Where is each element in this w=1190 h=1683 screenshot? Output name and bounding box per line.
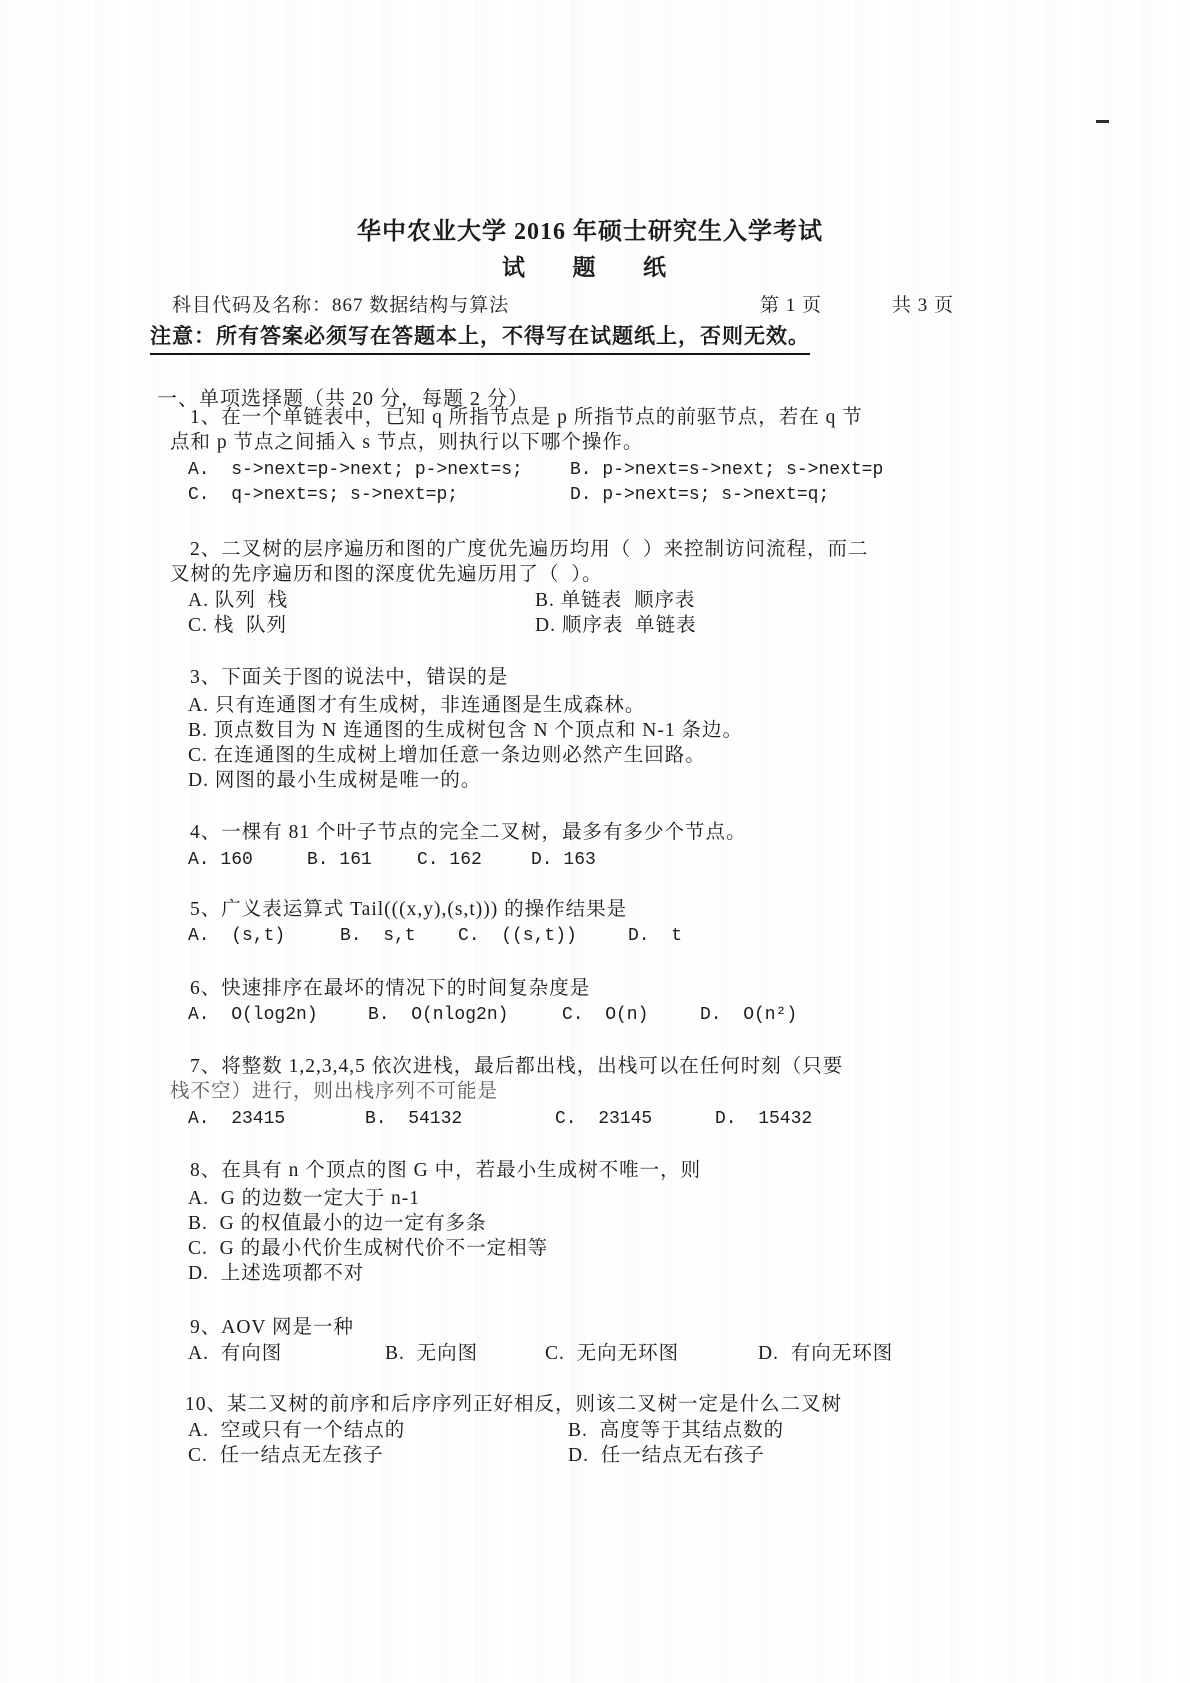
question-2-option-c: C. 栈 队列	[188, 615, 287, 637]
question-4-option-d: D. 163	[531, 849, 596, 871]
question-10-text: 10、某二叉树的前序和后序序列正好相反，则该二叉树一定是什么二叉树	[185, 1394, 842, 1416]
question-6-text: 6、快速排序在最坏的情况下的时间复杂度是	[190, 978, 590, 1000]
question-6-option-d: D. O(n²)	[700, 1004, 797, 1026]
question-5-option-b: B. s,t	[340, 925, 416, 947]
question-9-option-b: B. 无向图	[385, 1343, 478, 1365]
question-9-option-c: C. 无向无环图	[545, 1343, 679, 1365]
question-4-text: 4、一棵有 81 个叶子节点的完全二叉树，最多有多少个节点。	[190, 822, 747, 844]
answer-notice: 注意：所有答案必须写在答题本上，不得写在试题纸上，否则无效。	[150, 320, 810, 355]
question-7-text-line-2: 栈不空）进行，则出栈序列不可能是	[170, 1081, 498, 1103]
question-7-text-line-1: 7、将整数 1,2,3,4,5 依次进栈，最后都出栈，出栈可以在任何时刻（只要	[190, 1056, 843, 1078]
question-5-option-a: A. (s,t)	[188, 925, 285, 947]
question-2-text-line-2: 叉树的先序遍历和图的深度优先遍历用了（ ）。	[170, 564, 603, 586]
question-1-option-a: A. s->next=p->next; p->next=s;	[188, 459, 523, 481]
question-7-option-c: C. 23145	[555, 1108, 652, 1130]
question-7-option-d: D. 15432	[715, 1108, 812, 1130]
question-6-option-a: A. O(log2n)	[188, 1004, 318, 1026]
question-8-option-a: A. G 的边数一定大于 n-1	[188, 1188, 420, 1210]
question-10-option-c: C. 任一结点无左孩子	[188, 1445, 384, 1467]
page-number: 第 1 页	[760, 290, 822, 317]
paper-title: 试 题 纸	[0, 249, 1180, 282]
question-3-option-a: A. 只有连通图才有生成树，非连通图是生成森林。	[188, 695, 645, 717]
question-9-text: 9、AOV 网是一种	[190, 1317, 354, 1339]
question-2-option-a: A. 队列 栈	[188, 590, 288, 612]
question-10-option-b: B. 高度等于其结点数的	[568, 1420, 784, 1442]
question-5-option-c: C. ((s,t))	[458, 925, 577, 947]
question-7-option-a: A. 23415	[188, 1108, 285, 1130]
question-9-option-d: D. 有向无环图	[758, 1343, 893, 1365]
question-10-option-d: D. 任一结点无右孩子	[568, 1445, 765, 1467]
question-4-option-b: B. 161	[307, 849, 372, 871]
question-3-option-b: B. 顶点数目为 N 连通图的生成树包含 N 个顶点和 N-1 条边。	[188, 720, 743, 742]
question-3-text: 3、下面关于图的说法中，错误的是	[190, 667, 508, 689]
scanned-exam-page: 华中农业大学 2016 年硕士研究生入学考试 试 题 纸 科目代码及名称：867…	[0, 0, 1190, 1683]
question-2-text-line-1: 2、二叉树的层序遍历和图的广度优先遍历均用（ ）来控制访问流程，而二	[190, 539, 869, 561]
question-6-option-b: B. O(nlog2n)	[368, 1004, 508, 1026]
question-2-option-b: B. 单链表 顺序表	[535, 590, 696, 612]
total-pages: 共 3 页	[892, 290, 954, 317]
question-1-text-line-2: 点和 p 节点之间插入 s 节点，则执行以下哪个操作。	[170, 432, 643, 454]
question-1-text-line-1: 1、在一个单链表中，已知 q 所指节点是 p 所指节点的前驱节点，若在 q 节	[190, 407, 863, 429]
exam-title: 华中农业大学 2016 年硕士研究生入学考试	[0, 211, 1180, 246]
subject-code-line: 科目代码及名称：867 数据结构与算法	[172, 290, 509, 317]
question-9-option-a: A. 有向图	[188, 1343, 282, 1365]
corner-dash-mark	[1096, 120, 1109, 123]
question-10-option-a: A. 空或只有一个结点的	[188, 1420, 405, 1442]
question-2-option-d: D. 顺序表 单链表	[535, 615, 697, 637]
question-8-option-d: D. 上述选项都不对	[188, 1263, 364, 1285]
question-8-text: 8、在具有 n 个顶点的图 G 中，若最小生成树不唯一，则	[190, 1160, 701, 1182]
question-1-option-d: D. p->next=s; s->next=q;	[570, 484, 829, 506]
question-6-option-c: C. O(n)	[562, 1004, 648, 1026]
question-8-option-c: C. G 的最小代价生成树代价不一定相等	[188, 1238, 548, 1260]
question-8-option-b: B. G 的权值最小的边一定有多条	[188, 1213, 487, 1235]
question-7-option-b: B. 54132	[365, 1108, 462, 1130]
question-5-option-d: D. t	[628, 925, 682, 947]
question-5-text: 5、广义表运算式 Tail(((x,y),(s,t))) 的操作结果是	[190, 899, 627, 921]
question-3-option-d: D. 网图的最小生成树是唯一的。	[188, 770, 481, 792]
question-1-option-c: C. q->next=s; s->next=p;	[188, 484, 458, 506]
question-4-option-a: A. 160	[188, 849, 253, 871]
question-1-option-b: B. p->next=s->next; s->next=p	[570, 459, 883, 481]
question-4-option-c: C. 162	[417, 849, 482, 871]
question-3-option-c: C. 在连通图的生成树上增加任意一条边则必然产生回路。	[188, 745, 706, 767]
